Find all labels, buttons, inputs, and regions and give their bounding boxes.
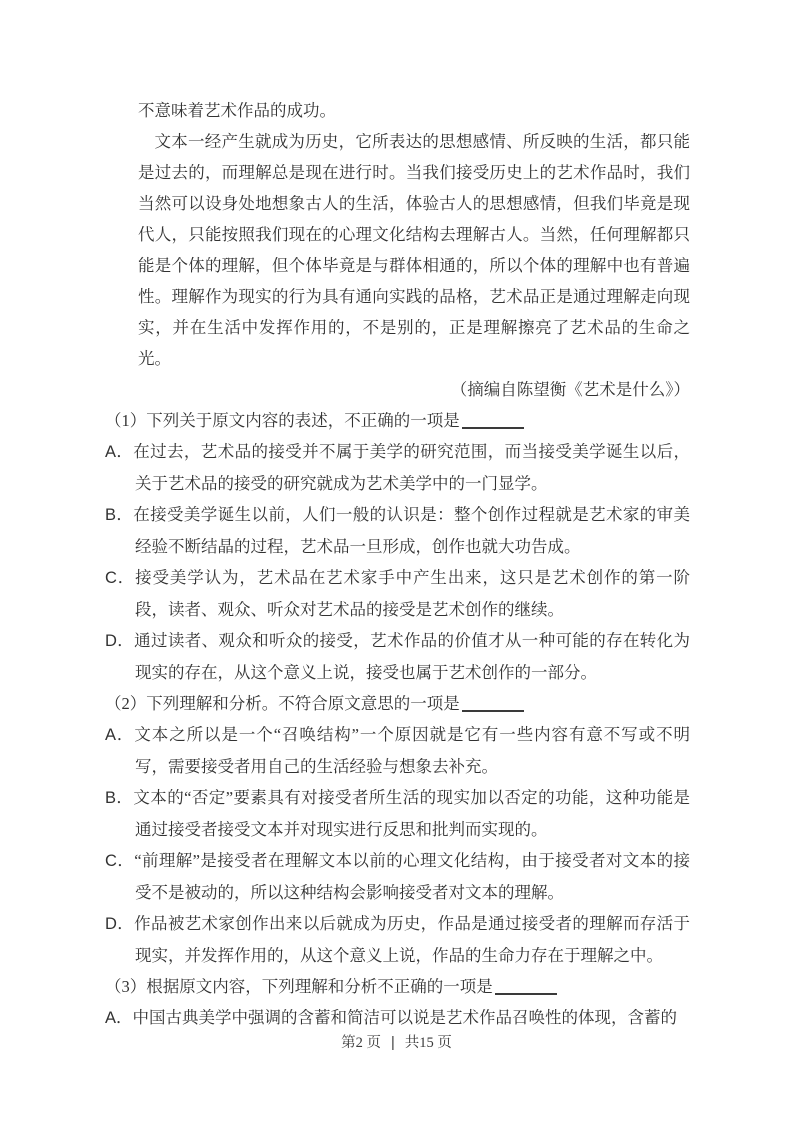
question-1-option-a: A．在过去，艺术品的接受并不属于美学的研究范围，而当接受美学诞生以后，关于艺术品…	[105, 436, 690, 499]
option-text: 文本之所以是一个“召唤结构”一个原因就是它有一些内容有意不写或不明写，需要接受者…	[134, 725, 690, 776]
reading-passage: 不意味着艺术作品的成功。 文本一经产生就成为历史，它所表达的思想感情、所反映的生…	[105, 95, 690, 405]
page-content: 不意味着艺术作品的成功。 文本一经产生就成为历史，它所表达的思想感情、所反映的生…	[105, 95, 690, 1034]
question-2-option-c: C．“前理解”是接受者在理解文本以前的心理文化结构，由于接受者对文本的接受不是被…	[105, 845, 690, 908]
question-1-option-d: D．通过读者、观众和听众的接受，艺术作品的价值才从一种可能的存在转化为现实的存在…	[105, 625, 690, 688]
question-2-option-a: A．文本之所以是一个“召唤结构”一个原因就是它有一些内容有意不写或不明写，需要接…	[105, 719, 690, 782]
question-2-stem-text: （2）下列理解和分析。不符合原文意思的一项是	[105, 694, 460, 713]
question-2-stem: （2）下列理解和分析。不符合原文意思的一项是	[105, 688, 690, 719]
question-3-option-a: A．中国古典美学中强调的含蓄和简洁可以说是艺术作品召唤性的体现，含蓄的	[105, 1002, 690, 1034]
question-3-stem-text: （3）根据原文内容，下列理解和分析不正确的一项是	[105, 977, 493, 996]
document-page: 不意味着艺术作品的成功。 文本一经产生就成为历史，它所表达的思想感情、所反映的生…	[0, 0, 793, 1122]
option-label: D．	[105, 632, 134, 650]
question-2-option-b: B．文本的“否定”要素具有对接受者所生活的现实加以否定的功能，这种功能是通过接受…	[105, 782, 690, 845]
footer-total-pages: 共15 页	[405, 1035, 452, 1051]
question-2-option-d: D．作品被艺术家创作出来以后就成为历史，作品是通过接受者的理解而存活于现实，并发…	[105, 908, 690, 971]
passage-paragraph: 文本一经产生就成为历史，它所表达的思想感情、所反映的生活，都只能是过去的，而理解…	[138, 126, 690, 374]
question-3: （3）根据原文内容，下列理解和分析不正确的一项是 A．中国古典美学中强调的含蓄和…	[105, 971, 690, 1034]
option-text: 接受美学认为，艺术品在艺术家手中产生出来，这只是艺术创作的第一阶段，读者、观众、…	[135, 568, 690, 619]
option-label: C．	[105, 852, 134, 870]
question-1-option-c: C．接受美学认为，艺术品在艺术家手中产生出来，这只是艺术创作的第一阶段，读者、观…	[105, 562, 690, 625]
footer-current-page: 第2 页	[341, 1035, 381, 1051]
option-label: D．	[105, 915, 134, 933]
answer-blank	[462, 710, 524, 712]
option-text: 作品被艺术家创作出来以后就成为历史，作品是通过接受者的理解而存活于现实，并发挥作…	[134, 914, 690, 965]
question-2: （2）下列理解和分析。不符合原文意思的一项是 A．文本之所以是一个“召唤结构”一…	[105, 688, 690, 971]
option-text: 通过读者、观众和听众的接受，艺术作品的价值才从一种可能的存在转化为现实的存在，从…	[134, 631, 690, 682]
option-text: “前理解”是接受者在理解文本以前的心理文化结构，由于接受者对文本的接受不是被动的…	[134, 851, 690, 902]
question-1-stem: （1）下列关于原文内容的表述，不正确的一项是	[105, 405, 690, 436]
option-text: 中国古典美学中强调的含蓄和简洁可以说是艺术作品召唤性的体现，含蓄的	[133, 1008, 678, 1027]
question-1-option-b: B．在接受美学诞生以前，人们一般的认识是：整个创作过程就是艺术家的审美经验不断结…	[105, 499, 690, 562]
passage-attribution: （摘编自陈望衡《艺术是什么》）	[138, 374, 690, 405]
option-text: 在接受美学诞生以前，人们一般的认识是：整个创作过程就是艺术家的审美经验不断结晶的…	[133, 505, 690, 556]
page-footer: 第2 页|共15 页	[0, 1032, 793, 1054]
question-1-stem-text: （1）下列关于原文内容的表述，不正确的一项是	[105, 411, 460, 430]
passage-paragraph-continued: 不意味着艺术作品的成功。	[138, 95, 690, 126]
option-label: A．	[105, 443, 133, 461]
answer-blank	[495, 993, 557, 995]
option-label: B．	[105, 506, 133, 524]
question-1: （1）下列关于原文内容的表述，不正确的一项是 A．在过去，艺术品的接受并不属于美…	[105, 405, 690, 688]
footer-separator: |	[391, 1032, 395, 1054]
option-label: A．	[105, 1009, 133, 1027]
question-3-stem: （3）根据原文内容，下列理解和分析不正确的一项是	[105, 971, 690, 1002]
option-label: A．	[105, 726, 134, 744]
option-label: B．	[105, 789, 133, 807]
option-text: 文本的“否定”要素具有对接受者所生活的现实加以否定的功能，这种功能是通过接受者接…	[133, 788, 690, 839]
option-label: C．	[105, 569, 135, 587]
option-text: 在过去，艺术品的接受并不属于美学的研究范围，而当接受美学诞生以后，关于艺术品的接…	[133, 442, 690, 493]
answer-blank	[462, 427, 524, 429]
